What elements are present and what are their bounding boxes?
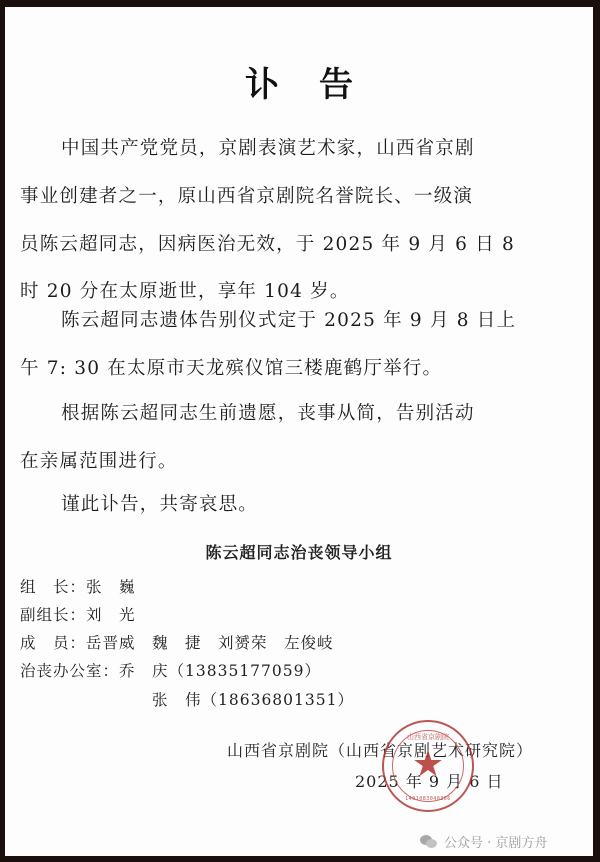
committee-row-deputy: 副组长：刘 光 bbox=[20, 603, 136, 625]
names: 乔 庆（13835177059） bbox=[119, 662, 321, 680]
paragraph-2-line-2: 午 7: 30 在太原市天龙殡仪馆三楼鹿鹤厅举行。 bbox=[20, 355, 442, 383]
paragraph-1-line-4: 时 20 分在太原逝世，享年 104 岁。 bbox=[20, 278, 350, 306]
official-seal: 山西省京剧院 ★ 1401083040366 bbox=[382, 720, 474, 812]
seal-ring-text: 山西省京剧院 bbox=[384, 732, 472, 742]
obituary-page: 讣告 中国共产党党员，京剧表演艺术家，山西省京剧 事业创建者之一，原山西省京剧院… bbox=[5, 7, 593, 856]
paragraph-3-line-2: 在亲属范围进行。 bbox=[20, 448, 178, 476]
seal-code: 1401083040366 bbox=[384, 796, 472, 802]
committee-row-members: 成 员：岳晋威 魏 捷 刘赟荣 左俊岐 bbox=[20, 631, 334, 653]
signature-org: 山西省京剧院（山西省京剧艺术研究院） bbox=[227, 738, 533, 761]
committee-row-office: 治丧办公室：乔 庆（13835177059） bbox=[20, 659, 321, 681]
document-title: 讣告 bbox=[5, 57, 593, 106]
wechat-icon bbox=[420, 835, 438, 849]
role-label: 成 员： bbox=[20, 634, 86, 652]
paragraph-4: 谨此讣告，共寄哀思。 bbox=[61, 491, 258, 519]
committee-row-leader: 组 长：张 巍 bbox=[20, 575, 136, 597]
names: 刘 光 bbox=[86, 606, 136, 624]
paragraph-3-line-1: 根据陈云超同志生前遗愿，丧事从简，告别活动 bbox=[61, 400, 475, 428]
committee-row-office-2: 张 伟（18636801351） bbox=[152, 688, 354, 710]
star-icon: ★ bbox=[384, 744, 472, 785]
paragraph-1-line-2: 事业创建者之一，原山西省京剧院名誉院长、一级演 bbox=[20, 183, 473, 211]
watermark-text: 公众号 · 京剧方舟 bbox=[444, 832, 547, 851]
committee-title: 陈云超同志治丧领导小组 bbox=[5, 540, 593, 563]
role-label: 副组长： bbox=[20, 606, 86, 624]
role-label: 治丧办公室： bbox=[20, 662, 119, 680]
paragraph-1-line-3: 员陈云超同志，因病医治无效，于 2025 年 9 月 6 日 8 bbox=[20, 231, 515, 259]
paragraph-1-line-1: 中国共产党党员，京剧表演艺术家，山西省京剧 bbox=[61, 135, 475, 163]
names: 张 伟（18636801351） bbox=[152, 691, 354, 709]
names: 岳晋威 魏 捷 刘赟荣 左俊岐 bbox=[86, 634, 334, 652]
paragraph-2-line-1: 陈云超同志遗体告别仪式定于 2025 年 9 月 8 日上 bbox=[61, 307, 516, 335]
names: 张 巍 bbox=[86, 578, 136, 596]
role-label: 组 长： bbox=[20, 578, 86, 596]
watermark: 公众号 · 京剧方舟 bbox=[420, 832, 547, 851]
